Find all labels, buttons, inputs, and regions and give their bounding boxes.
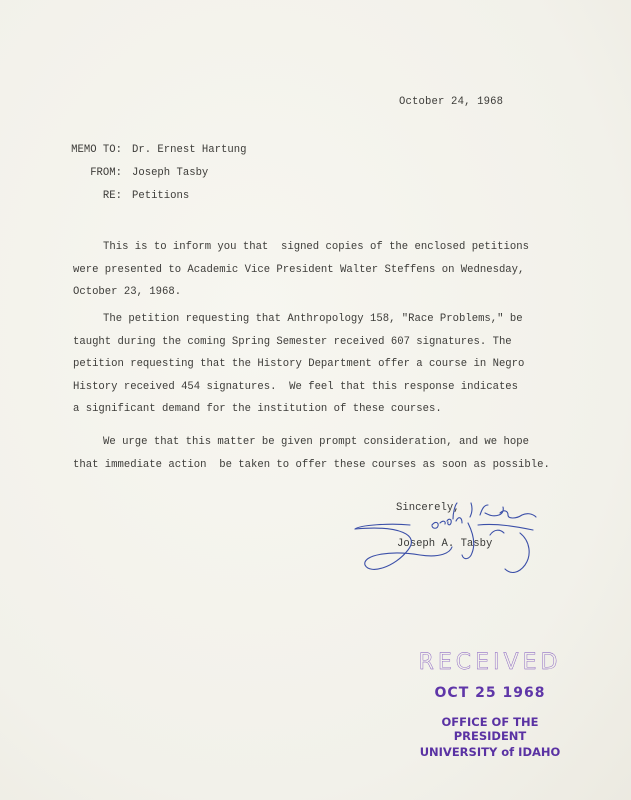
paragraph-line: October 23, 1968. (73, 281, 573, 304)
memo-date: October 24, 1968 (399, 96, 503, 108)
memo-re-value: Petitions (132, 190, 189, 202)
memo-to-label: MEMO TO: (60, 144, 122, 156)
paragraph-line: The petition requesting that Anthropolog… (73, 308, 573, 331)
memo-to-value: Dr. Ernest Hartung (132, 144, 246, 156)
memo-to-row: MEMO TO: Dr. Ernest Hartung (60, 144, 246, 156)
stamp-title: RECEIVED (405, 650, 575, 675)
paragraph-1: This is to inform you that signed copies… (73, 236, 573, 304)
paragraph-line: History received 454 signatures. We feel… (73, 376, 573, 399)
paragraph-line: We urge that this matter be given prompt… (73, 431, 573, 454)
paragraph-line: petition requesting that the History Dep… (73, 353, 573, 376)
stamp-date: OCT 25 1968 (405, 685, 575, 701)
memo-from-value: Joseph Tasby (132, 167, 208, 179)
memo-page: October 24, 1968 MEMO TO: Dr. Ernest Har… (0, 0, 631, 800)
stamp-university: UNIVERSITY of IDAHO (405, 745, 575, 759)
handwritten-signature (350, 495, 550, 585)
memo-from-label: FROM: (60, 167, 122, 179)
paragraph-line: that immediate action be taken to offer … (73, 454, 573, 477)
paragraph-line: were presented to Academic Vice Presiden… (73, 259, 573, 282)
received-stamp: RECEIVED OCT 25 1968 OFFICE OF THE PRESI… (405, 650, 575, 759)
paragraph-3: We urge that this matter be given prompt… (73, 431, 573, 476)
memo-from-row: FROM: Joseph Tasby (60, 167, 208, 179)
paragraph-line: taught during the coming Spring Semester… (73, 331, 573, 354)
memo-re-row: RE: Petitions (60, 190, 189, 202)
paragraph-line: a significant demand for the institution… (73, 398, 573, 421)
memo-re-label: RE: (60, 190, 122, 202)
paragraph-2: The petition requesting that Anthropolog… (73, 308, 573, 421)
paragraph-line: This is to inform you that signed copies… (73, 236, 573, 259)
stamp-office: OFFICE OF THE PRESIDENT (405, 715, 575, 743)
